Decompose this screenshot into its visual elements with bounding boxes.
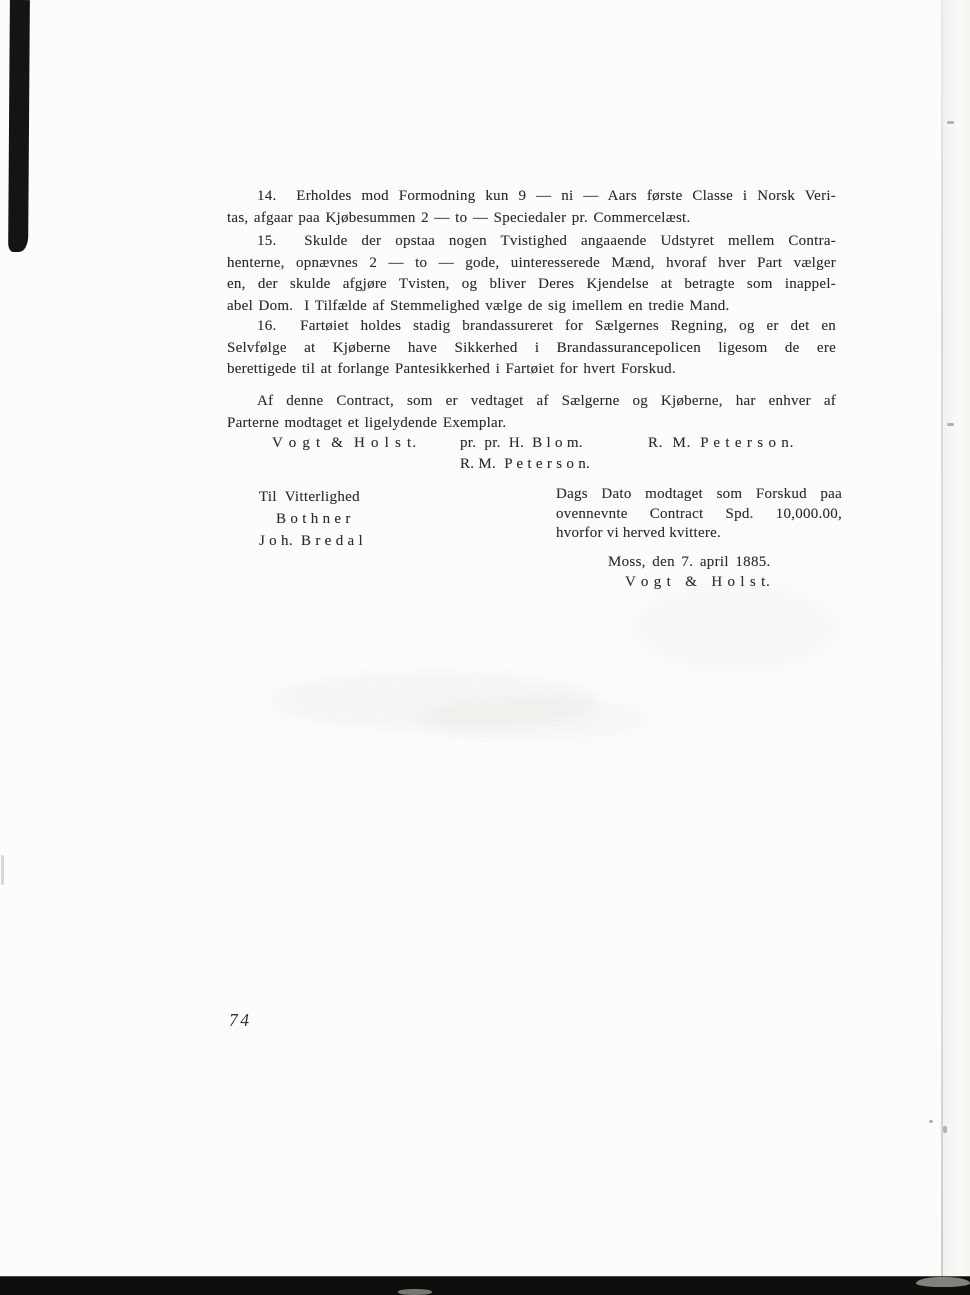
text-line: Selvfølge at Kjøberne have Sikkerhed i B… [227, 338, 836, 360]
scan-artifact-bottom-notch [398, 1289, 432, 1295]
scan-mark [1, 855, 4, 885]
scan-mark [947, 121, 954, 124]
receipt-line: hvorfor vi herved kvittere. [556, 524, 842, 544]
signature-r-m-peterson-right: R. M. P e t e r s o n. [648, 433, 794, 453]
receipt-line: Dags Dato modtaget som Forskud paa [556, 485, 842, 505]
clause-paragraph-14: 14. Erholdes mod Formodning kun 9 — ni —… [227, 186, 836, 229]
witness-name-joh-bredal: J o h. B r e d a l [259, 531, 363, 551]
scan-artifact-left-bar [8, 0, 30, 252]
scan-mark [947, 423, 954, 426]
scan-artifact-bottom-bar [0, 1276, 970, 1295]
scan-stain [420, 698, 650, 740]
text-line: en, der skulde afgjøre Tvisten, og blive… [227, 274, 836, 296]
text-line: 16. Fartøiet holdes stadig brandassurere… [227, 316, 836, 338]
text-line: abel Dom. I Tilfælde af Stemmelighed væl… [227, 296, 836, 318]
signature-r-m-peterson-middle: R. M. P e t e r s o n. [460, 454, 590, 474]
closing-paragraph: Af denne Contract, som er vedtaget af Sæ… [227, 391, 836, 434]
signature-vogt-holst: V o g t & H o l s t. [272, 433, 417, 453]
page-edge-line [941, 0, 943, 1277]
text-line: berettigede til at forlange Pantesikkerh… [227, 359, 836, 381]
scan-stain [630, 580, 840, 675]
text-line: Parterne modtaget et ligelydende Exempla… [227, 413, 836, 435]
signature-pr-h-blom: pr. pr. H. B l o m. [460, 433, 583, 453]
text-line: tas, afgaar paa Kjøbesummen 2 — to — Spe… [227, 208, 836, 230]
clause-paragraph-16: 16. Fartøiet holdes stadig brandassurere… [227, 316, 836, 381]
witness-name-bothner: B o t h n e r [276, 509, 351, 529]
clause-paragraph-15: 15. Skulde der opstaa nogen Tvistighed a… [227, 231, 836, 317]
text-line: Af denne Contract, som er vedtaget af Sæ… [227, 391, 836, 413]
dateline: Moss, den 7. april 1885. [608, 552, 771, 572]
text-line: henterne, opnævnes 2 — to — gode, uinter… [227, 253, 836, 275]
receipt-block: Dags Dato modtaget som Forskud paa ovenn… [556, 485, 842, 544]
text-line: 14. Erholdes mod Formodning kun 9 — ni —… [227, 186, 836, 208]
page-edge-strip [943, 0, 970, 1277]
scan-artifact-bottom-highlight [916, 1277, 970, 1287]
witness-heading: Til Vitterlighed [259, 487, 360, 507]
text-line: 15. Skulde der opstaa nogen Tvistighed a… [227, 231, 836, 253]
receipt-line: ovennevnte Contract Spd. 10,000.00, [556, 505, 842, 525]
scanned-document-page: 14. Erholdes mod Formodning kun 9 — ni —… [0, 0, 970, 1295]
scan-mark [929, 1120, 933, 1123]
scan-mark [943, 1126, 947, 1133]
page-number: 74 [229, 1010, 252, 1031]
